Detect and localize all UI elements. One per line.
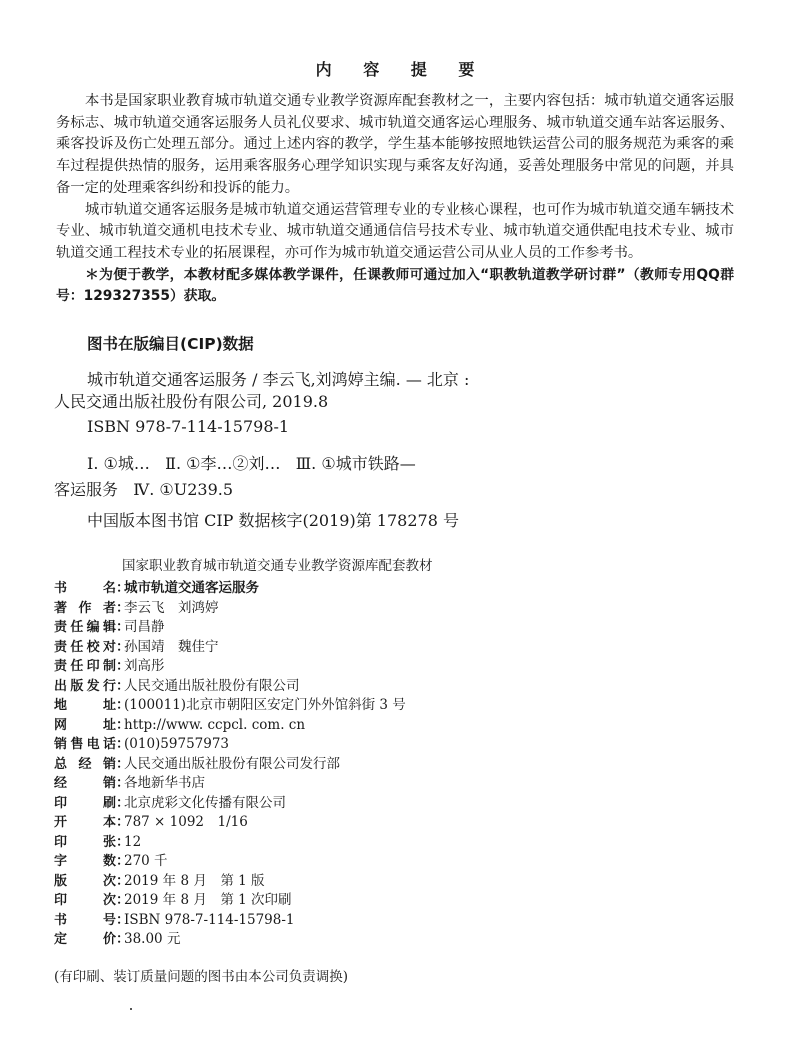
colophon-row: 地址：(100011)北京市朝阳区安定门外外馆斜街 3 号	[54, 696, 406, 716]
quality-note: (有印刷、装订质量问题的图书由本公司负责调换)	[54, 967, 348, 987]
colophon-label: 定价	[54, 930, 116, 950]
colophon-label-char: 任	[70, 657, 83, 677]
colophon-value: 城市轨道交通客运服务	[122, 579, 259, 599]
colophon-label-char: 任	[70, 618, 83, 638]
colophon-row: 著作者：李云飞 刘鸿婷	[54, 599, 406, 619]
colophon-label-char: 价	[103, 930, 116, 950]
cip-classification-line1: Ⅰ. ①城… Ⅱ. ①李…②刘… Ⅲ. ①城市铁路—	[87, 453, 416, 475]
colophon-row: 印刷：北京虎彩文化传播有限公司	[54, 794, 406, 814]
print-speck	[130, 1008, 132, 1010]
colophon-value: ISBN 978-7-114-15798-1	[122, 911, 295, 931]
colophon-row: 开本：787 × 1092 1/16	[54, 813, 406, 833]
colophon-label-char: 次	[103, 872, 116, 892]
colophon-label-char: 作	[78, 599, 91, 619]
colophon-label: 书号	[54, 911, 116, 931]
abstract-paragraph: 城市轨道交通客运服务是城市轨道交通运营管理专业的专业核心课程，也可作为城市轨道交…	[56, 200, 734, 265]
colophon-label-char: 责	[54, 657, 67, 677]
colophon-label: 版次	[54, 872, 116, 892]
colophon-row: 版次：2019 年 8 月 第 1 版	[54, 872, 406, 892]
colophon-label-char: 售	[70, 735, 83, 755]
colophon-label: 印张	[54, 833, 116, 853]
colophon-row: 经销：各地新华书店	[54, 774, 406, 794]
cip-publisher-line: 人民交通出版社股份有限公司, 2019.8	[54, 391, 328, 413]
colophon-value: http://www. ccpcl. com. cn	[122, 716, 305, 736]
colophon-row: 书号：ISBN 978-7-114-15798-1	[54, 911, 406, 931]
cip-classification-line2: 客运服务 Ⅳ. ①U239.5	[54, 479, 233, 501]
colophon-row: 定价：38.00 元	[54, 930, 406, 950]
teaching-resource-note: ＊为便于教学，本教材配多媒体教学课件，任课教师可通过加入“职教轨道教学研讨群”（…	[56, 265, 734, 308]
colophon-row: 字数：270 千	[54, 852, 406, 872]
cip-isbn: ISBN 978-7-114-15798-1	[87, 416, 289, 438]
colophon-label-char: 版	[54, 872, 67, 892]
colophon-value: 北京虎彩文化传播有限公司	[122, 794, 286, 814]
colophon-label-char: 校	[87, 638, 100, 658]
colophon-value: 孙国靖 魏佳宁	[122, 638, 219, 658]
colophon-label-char: 销	[103, 774, 116, 794]
colophon-table: 书名：城市轨道交通客运服务著作者：李云飞 刘鸿婷责任编辑：司昌静责任校对：孙国靖…	[54, 579, 406, 950]
colophon-label-char: 经	[54, 774, 67, 794]
colophon-label-char: 字	[54, 852, 67, 872]
colophon-label-char: 书	[54, 911, 67, 931]
colophon-value: 各地新华书店	[122, 774, 205, 794]
colophon-value: 2019 年 8 月 第 1 次印刷	[122, 891, 292, 911]
colophon-row: 责任编辑：司昌静	[54, 618, 406, 638]
colophon-label-char: 销	[103, 755, 116, 775]
colophon-label-char: 印	[87, 657, 100, 677]
colophon-label-char: 名	[103, 579, 116, 599]
cip-title-line: 城市轨道交通客运服务 / 李云飞,刘鸿婷主编. — 北京 :	[87, 369, 469, 391]
colophon-row: 书名：城市轨道交通客运服务	[54, 579, 406, 599]
colophon-label-char: 对	[103, 638, 116, 658]
colophon-value: 2019 年 8 月 第 1 版	[122, 872, 265, 892]
colophon-value: 38.00 元	[122, 930, 180, 950]
colophon-label: 经销	[54, 774, 116, 794]
colophon-label-char: 张	[103, 833, 116, 853]
colophon-row: 网址：http://www. ccpcl. com. cn	[54, 716, 406, 736]
cip-record-number: 中国版本图书馆 CIP 数据核字(2019)第 178278 号	[87, 510, 459, 532]
colophon-label: 网址	[54, 716, 116, 736]
colophon-value: 12	[122, 833, 141, 853]
colophon-label-char: 编	[87, 618, 100, 638]
colophon-label-char: 著	[54, 599, 67, 619]
colophon-label: 地址	[54, 696, 116, 716]
colophon-label: 字数	[54, 852, 116, 872]
colophon-label-char: 经	[78, 755, 91, 775]
colophon-label-char: 印	[54, 833, 67, 853]
colophon-value: 人民交通出版社股份有限公司	[122, 677, 300, 697]
colophon-label-char: 者	[103, 599, 116, 619]
colophon-label-char: 发	[87, 677, 100, 697]
colophon-label-char: 网	[54, 716, 67, 736]
colophon-label-char: 出	[54, 677, 67, 697]
colophon-row: 总经销：人民交通出版社股份有限公司发行部	[54, 755, 406, 775]
series-name: 国家职业教育城市轨道交通专业教学资源库配套教材	[122, 556, 433, 576]
colophon-row: 销售电话：(010)59757973	[54, 735, 406, 755]
colophon-label-char: 书	[54, 579, 67, 599]
colophon-value: 李云飞 刘鸿婷	[122, 599, 219, 619]
colophon-value: (010)59757973	[122, 735, 229, 755]
colophon-label-char: 责	[54, 618, 67, 638]
colophon-label: 开本	[54, 813, 116, 833]
colophon-value: (100011)北京市朝阳区安定门外外馆斜街 3 号	[122, 696, 406, 716]
colophon-row: 责任印制：刘高彤	[54, 657, 406, 677]
colophon-label: 印次	[54, 891, 116, 911]
colophon-label-char: 次	[103, 891, 116, 911]
colophon-label: 印刷	[54, 794, 116, 814]
colophon-label: 责任印制	[54, 657, 116, 677]
colophon-label-char: 址	[103, 716, 116, 736]
colophon-label-char: 总	[54, 755, 67, 775]
colophon-value: 人民交通出版社股份有限公司发行部	[122, 755, 340, 775]
abstract-body: 本书是国家职业教育城市轨道交通专业教学资源库配套教材之一，主要内容包括：城市轨道…	[56, 91, 734, 308]
colophon-label-char: 行	[103, 677, 116, 697]
colophon-label-char: 电	[87, 735, 100, 755]
abstract-title: 内 容 提 要	[0, 59, 790, 81]
colophon-label: 销售电话	[54, 735, 116, 755]
colophon-label: 责任校对	[54, 638, 116, 658]
colophon-value: 刘高彤	[122, 657, 165, 677]
colophon-value: 787 × 1092 1/16	[122, 813, 248, 833]
colophon-label-char: 本	[103, 813, 116, 833]
colophon-row: 印次：2019 年 8 月 第 1 次印刷	[54, 891, 406, 911]
colophon-label-char: 印	[54, 891, 67, 911]
colophon-value: 司昌静	[122, 618, 165, 638]
colophon-label-char: 销	[54, 735, 67, 755]
colophon-label-char: 制	[103, 657, 116, 677]
colophon-label-char: 责	[54, 638, 67, 658]
colophon-label: 著作者	[54, 599, 116, 619]
colophon-label: 出版发行	[54, 677, 116, 697]
colophon-label-char: 任	[70, 638, 83, 658]
colophon-row: 出版发行：人民交通出版社股份有限公司	[54, 677, 406, 697]
colophon-label-char: 号	[103, 911, 116, 931]
colophon-label: 总经销	[54, 755, 116, 775]
colophon-label-char: 定	[54, 930, 67, 950]
colophon-label: 责任编辑	[54, 618, 116, 638]
colophon-label-char: 地	[54, 696, 67, 716]
colophon-label-char: 版	[70, 677, 83, 697]
colophon-row: 责任校对：孙国靖 魏佳宁	[54, 638, 406, 658]
colophon-value: 270 千	[122, 852, 168, 872]
colophon-label-char: 刷	[103, 794, 116, 814]
colophon-label-char: 数	[103, 852, 116, 872]
colophon-label-char: 印	[54, 794, 67, 814]
colophon-label-char: 址	[103, 696, 116, 716]
abstract-paragraph: 本书是国家职业教育城市轨道交通专业教学资源库配套教材之一，主要内容包括：城市轨道…	[56, 91, 734, 200]
colophon-row: 印张：12	[54, 833, 406, 853]
colophon-label-char: 开	[54, 813, 67, 833]
colophon-label-char: 辑	[103, 618, 116, 638]
cip-heading: 图书在版编目(CIP)数据	[87, 333, 254, 355]
colophon-label-char: 话	[103, 735, 116, 755]
colophon-label: 书名	[54, 579, 116, 599]
